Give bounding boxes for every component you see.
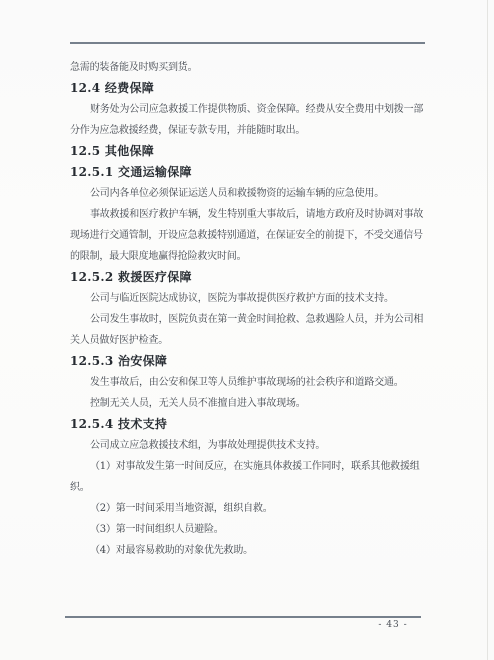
paragraph-line: 发生事故后，由公安和保卫等人员维护事故现场的社会秩序和道路交通。 (70, 372, 428, 393)
paragraph-line: （3）第一时间组织人员避险。 (70, 519, 428, 540)
paragraph-line: 事故救援和医疗救护车辆，发生特别重大事故后，请地方政府及时协调对事故 (70, 204, 428, 225)
footer-rule (65, 616, 421, 618)
header-rule (70, 42, 425, 44)
paragraph-line: （4）对最容易救助的对象优先救助。 (70, 540, 428, 561)
document-page: 急需的装备能及时购买到货。 12.4 经费保障 财务处为公司应急救援工作提供物质… (0, 0, 494, 660)
paragraph-line: （1）对事故发生第一时间反应，在实施具体救援工作同时，联系其他救援组 (70, 456, 428, 477)
page-number: - 43 - (365, 620, 421, 630)
section-heading: 12.5.2 救援医疗保障 (70, 267, 428, 288)
paragraph-line: 的限制，最大限度地赢得抢险救灾时间。 (70, 246, 428, 267)
paragraph-line: 织。 (70, 477, 428, 498)
paragraph-line: 控制无关人员，无关人员不准擅自进入事故现场。 (70, 393, 428, 414)
section-heading: 12.5.3 治安保障 (70, 351, 428, 372)
paragraph-line: 公司与临近医院达成协议，医院为事故提供医疗救护方面的技术支持。 (70, 288, 428, 309)
paragraph-line: 急需的装备能及时购买到货。 (70, 57, 428, 78)
section-heading: 12.5.4 技术支持 (70, 414, 428, 435)
paragraph-line: 公司内各单位必须保证运送人员和救援物资的运输车辆的应急使用。 (70, 183, 428, 204)
paragraph-line: 财务处为公司应急救援工作提供物质、资金保障。经费从安全费用中划拨一部 (70, 99, 428, 120)
paragraph-line: 关人员做好医护检查。 (70, 330, 428, 351)
section-heading: 12.4 经费保障 (70, 78, 428, 99)
paragraph-line: 公司发生事故时，医院负责在第一黄金时间抢救、急救遇险人员，并为公司相 (70, 309, 428, 330)
paragraph-line: 现场进行交通管制，开设应急救援特别通道，在保证安全的前提下，不受交通信号 (70, 225, 428, 246)
paragraph-line: （2）第一时间采用当地资源，组织自救。 (70, 498, 428, 519)
paragraph-line: 分作为应急救援经费，保证专款专用，并能随时取出。 (70, 120, 428, 141)
paragraph-line: 公司成立应急救援技术组，为事故处理提供技术支持。 (70, 435, 428, 456)
section-heading: 12.5 其他保障 (70, 141, 428, 162)
section-heading: 12.5.1 交通运输保障 (70, 162, 428, 183)
document-body: 急需的装备能及时购买到货。 12.4 经费保障 财务处为公司应急救援工作提供物质… (70, 57, 428, 561)
scan-edge-line (487, 0, 488, 660)
